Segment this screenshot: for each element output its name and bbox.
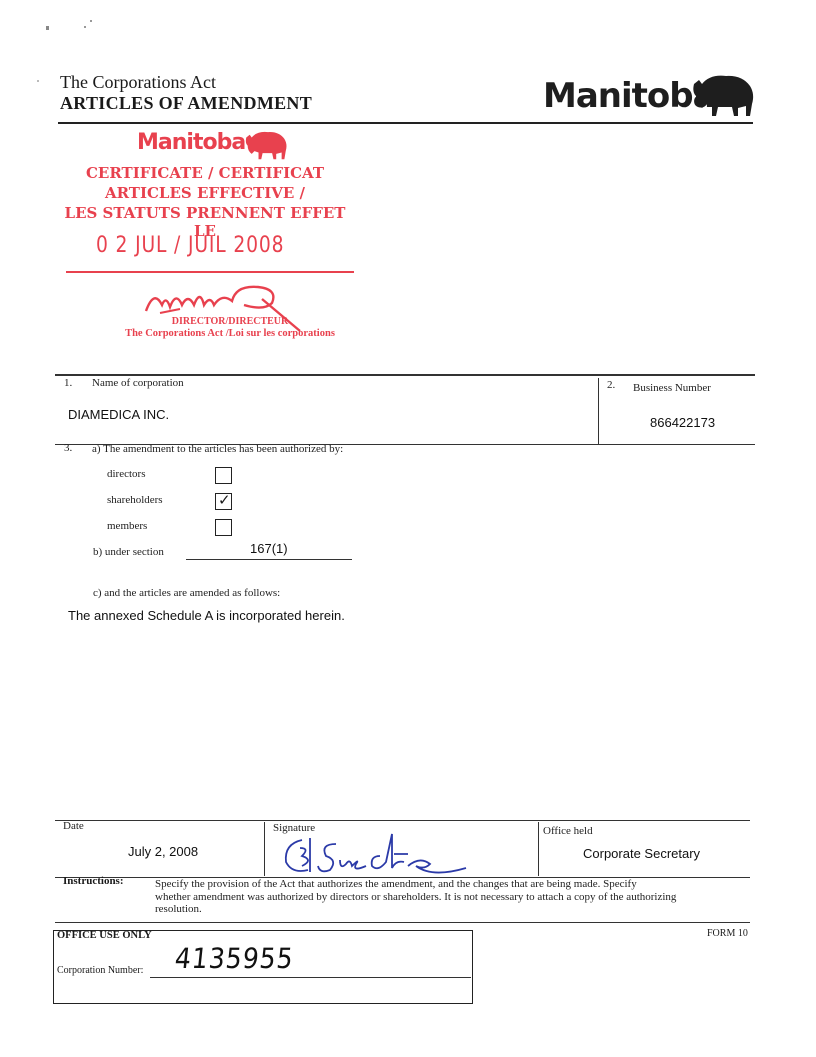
stamp-manitoba-logo: Manitoba (137, 130, 245, 155)
section2-number: 2. (607, 379, 615, 391)
form-number: FORM 10 (707, 928, 748, 939)
section3-number: 3. (64, 442, 72, 454)
corporation-number-underline (150, 977, 471, 978)
under-section-underline (186, 559, 352, 560)
scan-speck (84, 26, 86, 28)
stamp-effective-date: 0 2 JUL / JUIL 2008 (96, 233, 284, 258)
corporation-name-field[interactable]: DIAMEDICA INC. (68, 407, 169, 422)
section2-label: Business Number (633, 382, 711, 394)
instructions-label: Instructions: (63, 875, 124, 887)
office-held-label: Office held (543, 825, 593, 837)
checkmark-icon: ✓ (218, 494, 231, 509)
office-held-field[interactable]: Corporate Secretary (583, 846, 700, 861)
section3b-label: b) under section (93, 546, 164, 558)
business-number-field[interactable]: 866422173 (650, 415, 715, 430)
section3a-label: a) The amendment to the articles has bee… (92, 443, 343, 455)
manitoba-logo: Manitoba (543, 76, 715, 116)
stamp-act-name: The Corporations Act /Loi sur les corpor… (70, 328, 390, 339)
section3c-label: c) and the articles are amended as follo… (93, 587, 280, 599)
date-label: Date (63, 820, 84, 832)
act-title: The Corporations Act (60, 72, 216, 93)
instructions-bottom-rule (55, 922, 750, 923)
scan-speck (90, 20, 92, 22)
section1-top-rule (55, 374, 755, 376)
bison-icon (690, 70, 756, 125)
under-section-field[interactable]: 167(1) (250, 541, 288, 556)
header-rule (58, 122, 753, 124)
stamp-certificate-line: CERTIFICATE / CERTIFICAT (55, 164, 355, 182)
shareholders-checkbox[interactable]: ✓ (215, 493, 232, 510)
corporation-number-field[interactable]: 4135955 (173, 942, 295, 975)
office-use-title: OFFICE USE ONLY (57, 930, 152, 941)
amendment-text-field[interactable]: The annexed Schedule A is incorporated h… (68, 608, 345, 623)
form-title: ARTICLES OF AMENDMENT (60, 93, 312, 114)
section-divider (598, 378, 599, 444)
signature-divider (538, 822, 539, 876)
directors-checkbox[interactable] (215, 467, 232, 484)
option-members-label: members (107, 520, 147, 532)
section1-label: Name of corporation (92, 377, 184, 389)
corporation-number-label: Corporation Number: (57, 965, 143, 976)
instructions-line-1: Specify the provision of the Act that au… (155, 878, 637, 890)
stamp-articles-effective-line: ARTICLES EFFECTIVE / (55, 184, 355, 202)
signing-top-rule (55, 820, 750, 821)
stamp-rule (66, 271, 354, 273)
members-checkbox[interactable] (215, 519, 232, 536)
scan-speck (46, 26, 49, 30)
section1-number: 1. (64, 377, 72, 389)
date-divider (264, 822, 265, 876)
option-shareholders-label: shareholders (107, 494, 163, 506)
option-directors-label: directors (107, 468, 145, 480)
scan-speck (37, 80, 39, 82)
stamp-bison-icon (242, 128, 290, 167)
instructions-line-2: whether amendment was authorized by dire… (155, 891, 676, 903)
instructions-line-3: resolution. (155, 903, 202, 915)
date-field[interactable]: July 2, 2008 (128, 844, 198, 859)
stamp-director-title: DIRECTOR/DIRECTEUR (70, 316, 390, 327)
